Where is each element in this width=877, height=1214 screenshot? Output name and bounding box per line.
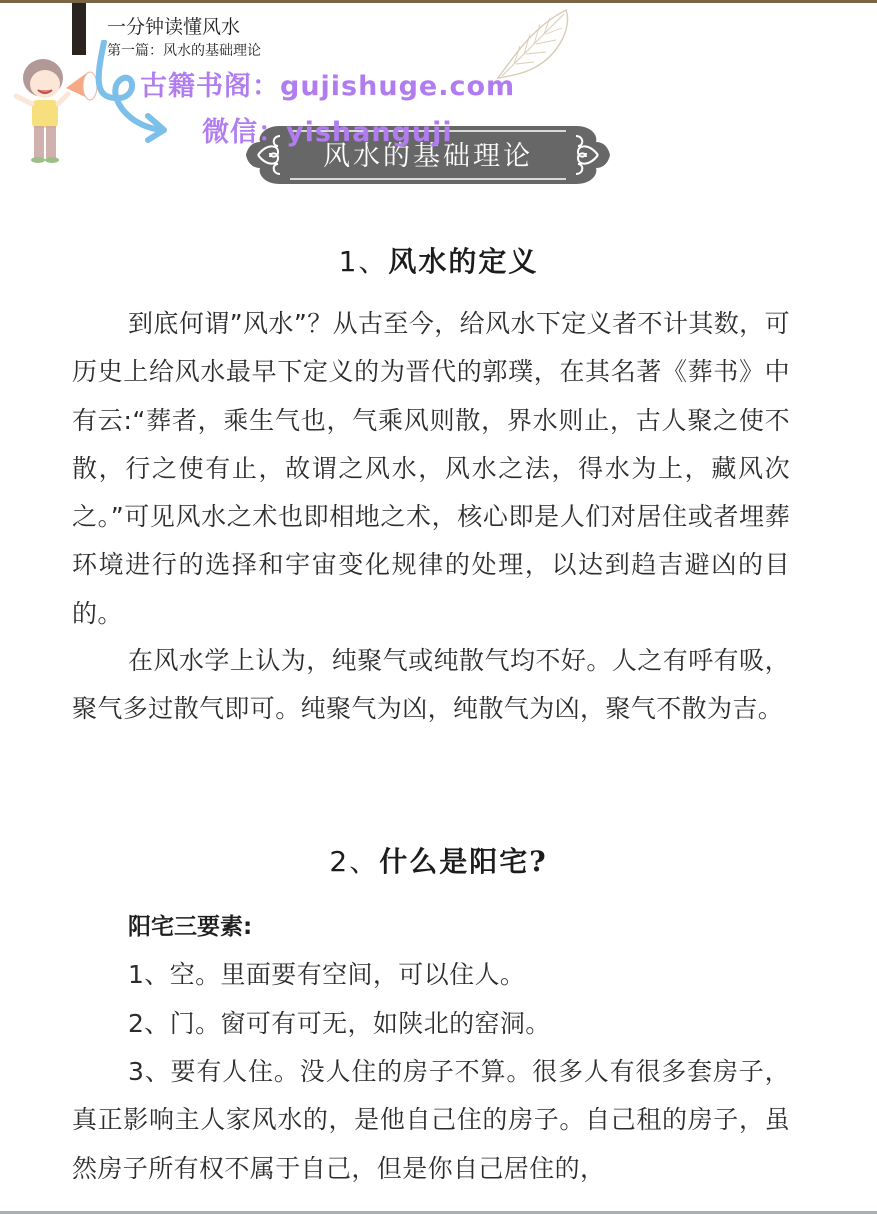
section-title: 什么是阳宅?: [379, 845, 547, 878]
paragraph-residence: 3、要有人住。没人住的房子不算。很多人有很多套房子，真正影响主人家风水的，是他自…: [72, 1048, 790, 1193]
section-heading-1: 1、风水的定义: [0, 240, 877, 280]
section-title: 风水的定义: [388, 245, 538, 278]
paragraph-qi: 在风水学上认为，纯聚气或纯散气均不好。人之有呼有吸，聚气多过散气即可。纯聚气为凶…: [72, 637, 790, 734]
section-number: 2、: [329, 845, 379, 878]
section-number: 1、: [339, 245, 389, 278]
list-item: 2、门。窗可有可无，如陕北的窑洞。: [128, 1004, 551, 1040]
watermark-wechat: 微信：yishanguji: [202, 110, 453, 149]
list-item: 1、空。里面要有空间，可以住人。: [128, 955, 525, 991]
sub-heading-three-elements: 阳宅三要素:: [128, 908, 252, 941]
top-border-rule: [0, 0, 877, 3]
book-title: 一分钟读懂风水: [107, 12, 240, 39]
paragraph-definition: 到底何谓”风水”？从古至今，给风水下定义者不计其数，可历史上给风水最早下定义的为…: [72, 300, 790, 638]
mascot-with-megaphone-icon: [8, 48, 108, 168]
section-heading-2: 2、什么是阳宅?: [0, 840, 877, 880]
watermark-site: 古籍书阁：gujishuge.com: [140, 64, 515, 103]
